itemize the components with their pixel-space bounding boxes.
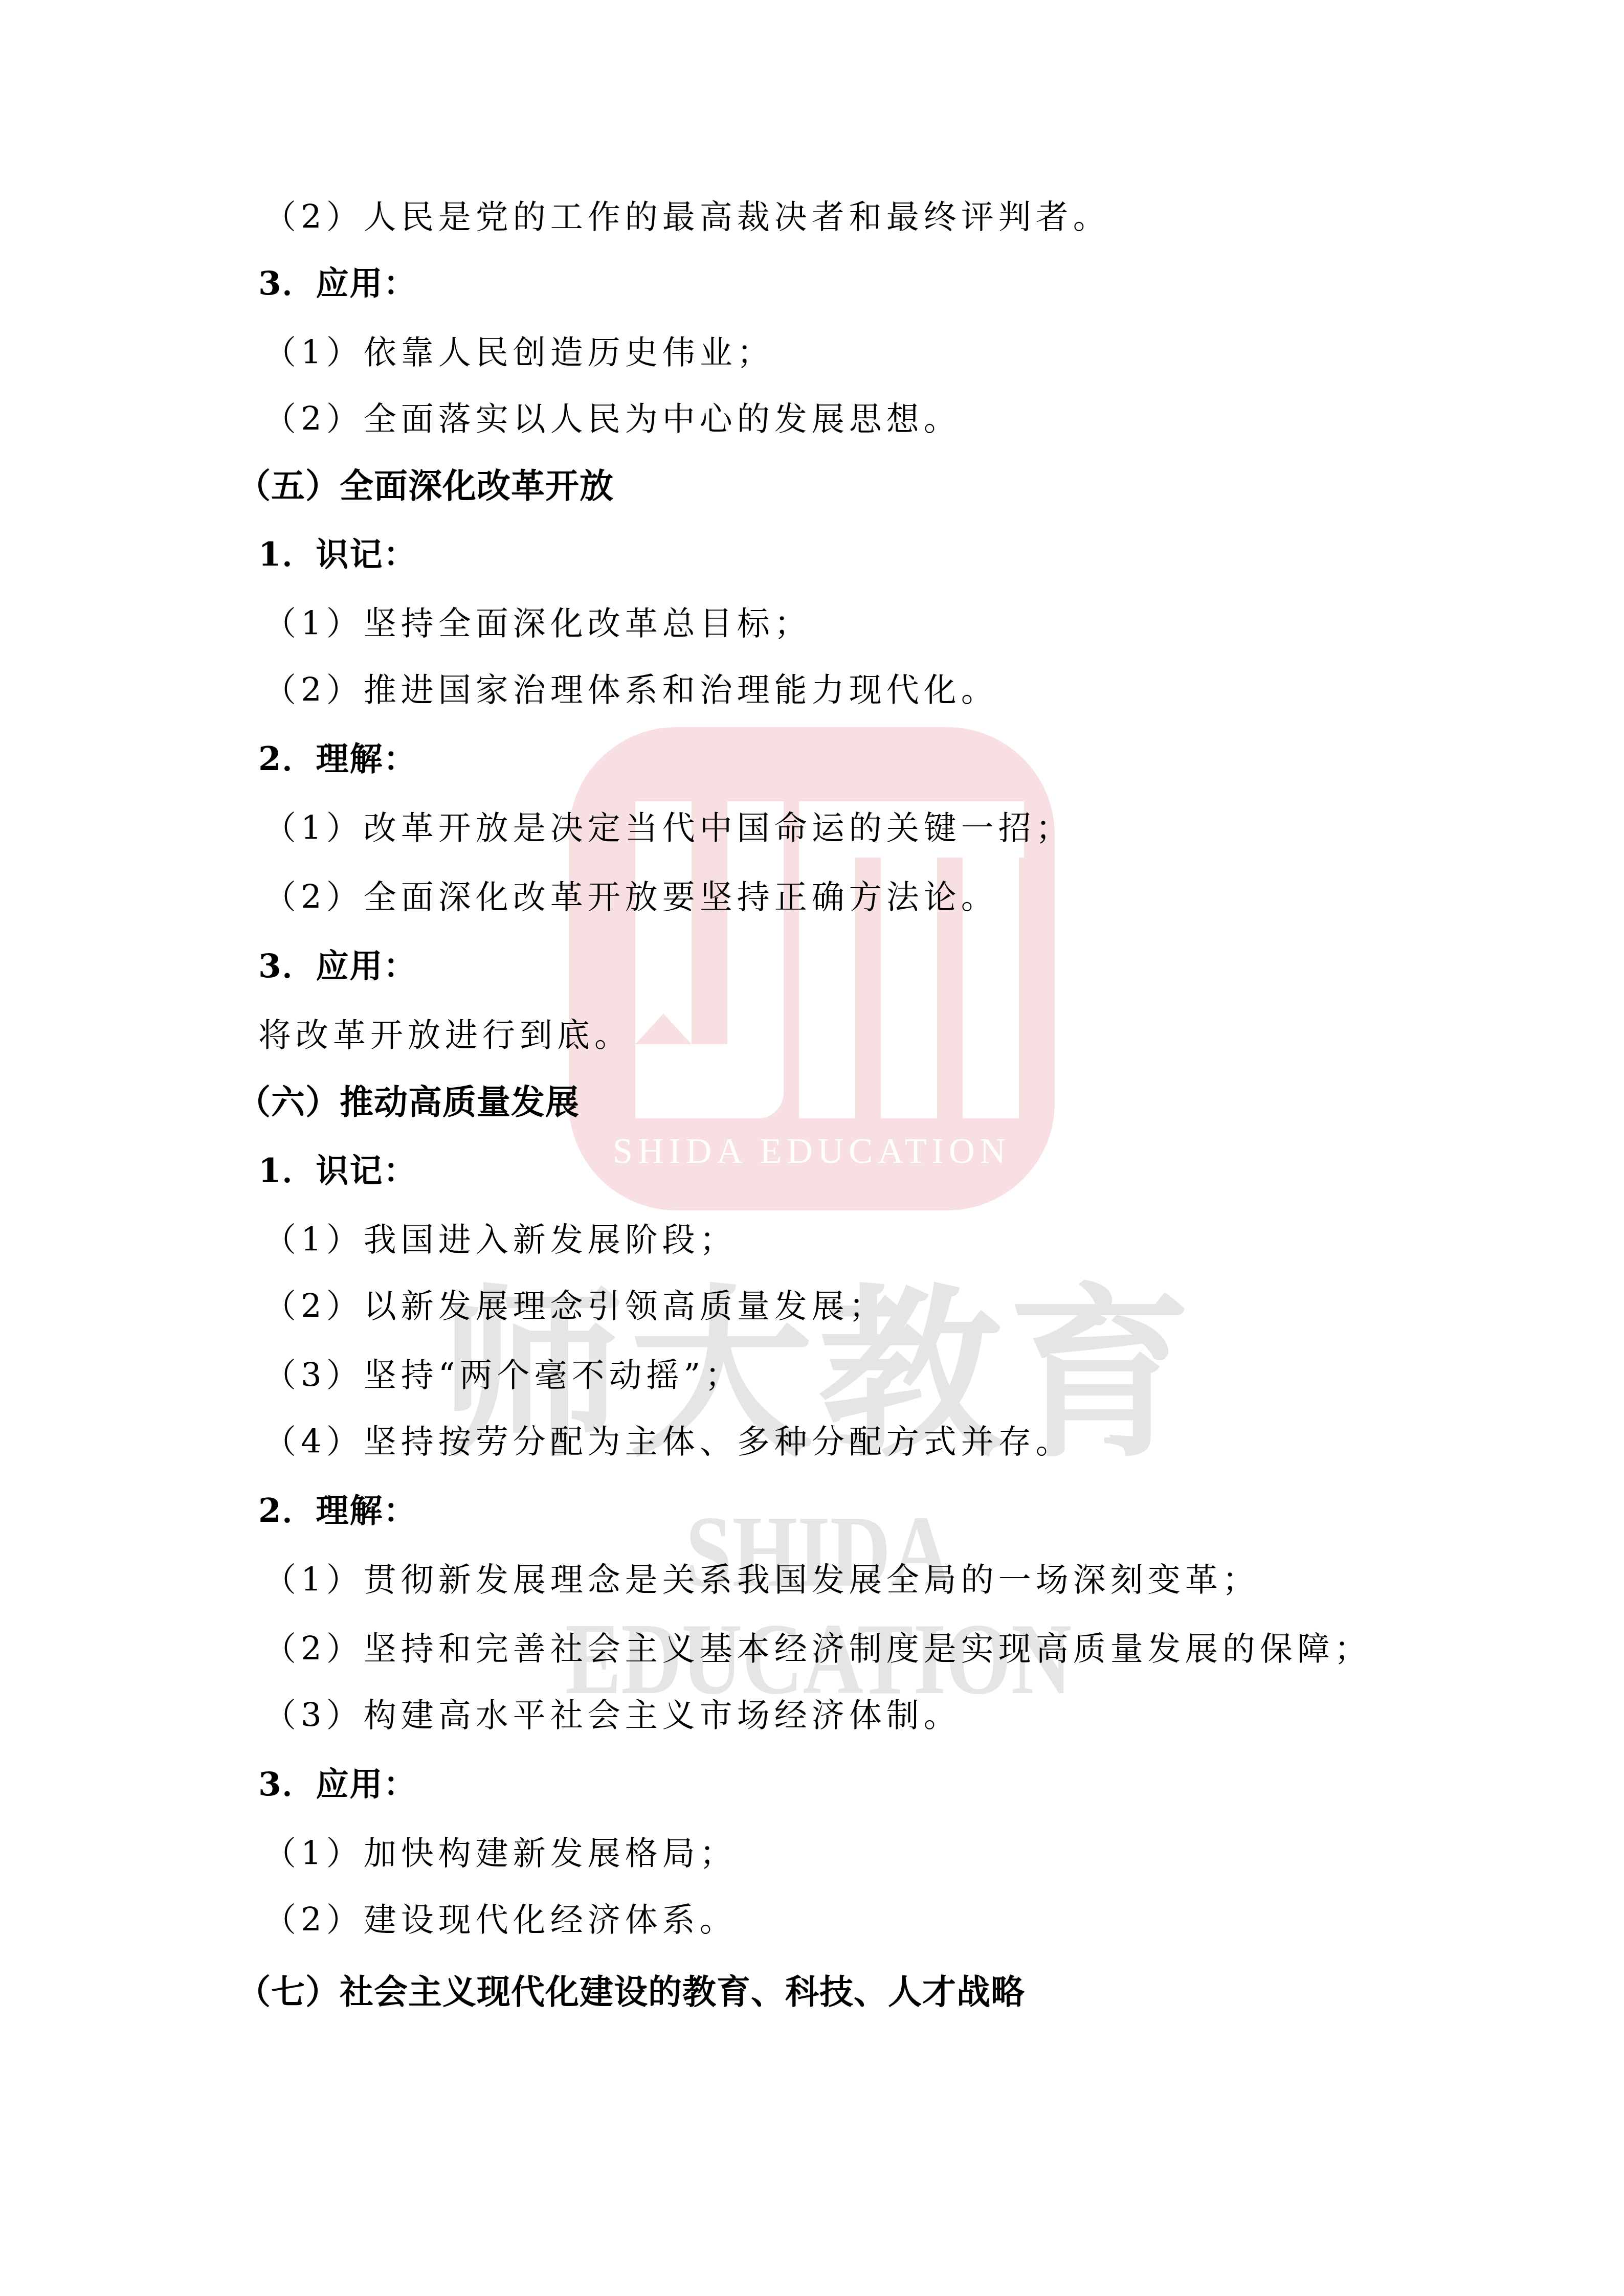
subheading: 2．理解： — [258, 1488, 417, 1534]
list-item: （1）我国进入新发展阶段； — [263, 1217, 737, 1263]
list-item: （1）贯彻新发展理念是关系我国发展全局的一场深刻变革； — [263, 1557, 1260, 1603]
watermark-gray-en: SHIDA EDUCATION — [483, 1498, 1154, 1713]
section-heading: （五）全面深化改革开放 — [237, 463, 614, 509]
subheading: 2．理解： — [258, 736, 417, 782]
subheading: 3．应用： — [258, 943, 417, 989]
list-item: （2）全面深化改革开放要坚持正确方法论。 — [263, 874, 998, 920]
list-item: （3）坚持“两个毫不动摇”； — [263, 1353, 742, 1399]
list-item: （2）建设现代化经济体系。 — [263, 1897, 737, 1943]
subheading: 3．应用： — [258, 1762, 417, 1808]
paragraph: 将改革开放进行到底。 — [258, 1012, 632, 1059]
watermark-logo: SHIDA EDUCATION — [569, 727, 1055, 1210]
list-item: （2）以新发展理念引领高质量发展； — [263, 1284, 886, 1330]
list-item: （4）坚持按劳分配为主体、多种分配方式并存。 — [263, 1419, 1073, 1465]
list-item: （1）坚持全面深化改革总目标； — [263, 601, 812, 647]
list-item: （3）构建高水平社会主义市场经济体制。 — [263, 1693, 961, 1739]
list-item: （2）人民是党的工作的最高裁决者和最终评判者。 — [263, 194, 1110, 240]
subheading: 1．识记： — [258, 1148, 417, 1194]
subheading: 3．应用： — [258, 261, 417, 307]
watermark-logo-text: SHIDA EDUCATION — [569, 1131, 1055, 1172]
list-item: （1）依靠人民创造历史伟业； — [263, 330, 774, 376]
subheading: 1．识记： — [258, 532, 417, 578]
list-item: （1）加快构建新发展格局； — [263, 1831, 737, 1877]
section-heading: （六）推动高质量发展 — [237, 1079, 580, 1125]
list-item: （2）全面落实以人民为中心的发展思想。 — [263, 396, 961, 442]
list-item: （1）改革开放是决定当代中国命运的关键一招； — [263, 805, 1073, 851]
list-item: （2）坚持和完善社会主义基本经济制度是实现高质量发展的保障； — [263, 1626, 1372, 1672]
logo-bookmark-notch-icon — [635, 1014, 692, 1044]
section-heading: （七）社会主义现代化建设的教育、科技、人才战略 — [237, 1969, 1025, 2015]
list-item: （2）推进国家治理体系和治理能力现代化。 — [263, 667, 998, 713]
